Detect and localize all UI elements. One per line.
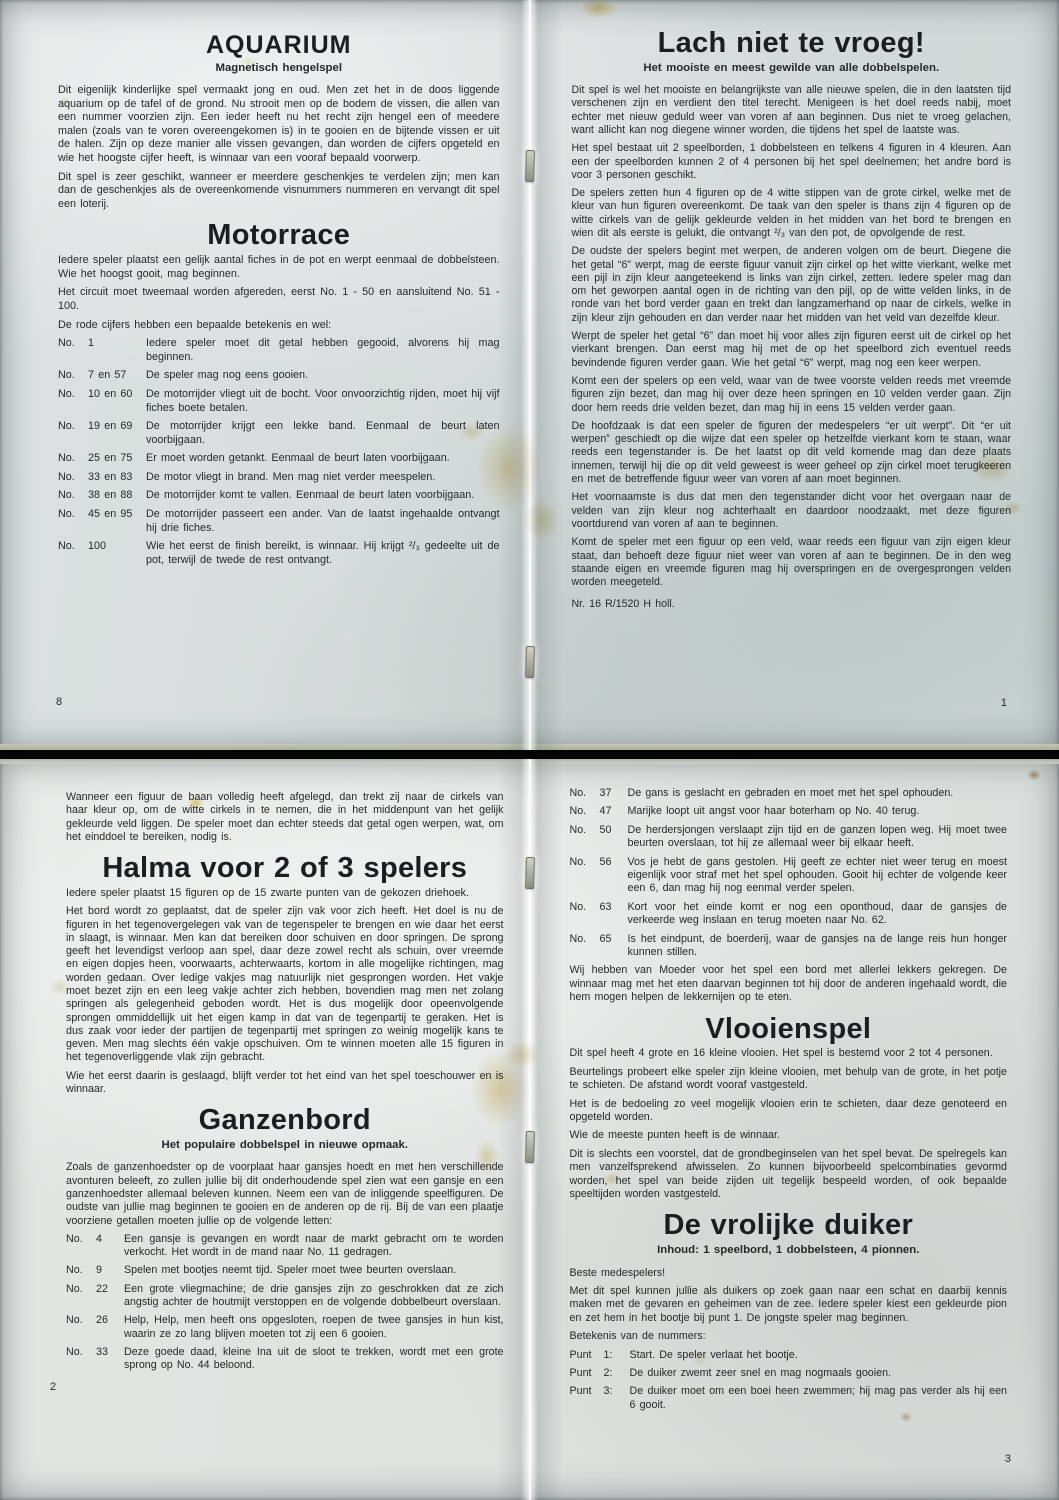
list-item-prefix: No. [570,856,600,896]
list-item: No.25 en 75Er moet worden getankt. Eenma… [58,452,500,466]
list-item-text: Vos je hebt de gans gestolen. Hij geeft … [628,856,1008,896]
list-item-prefix: Punt [570,1385,604,1412]
scanned-booklet: AQUARIUMMagnetisch hengelspelDit eigenli… [0,0,1059,1500]
list-item: No.56Vos je hebt de gans gestolen. Hij g… [570,856,1008,896]
paragraph: Wij hebben van Moeder voor het spel een … [570,964,1008,1004]
list-item: No.100Wie het eerst de finish bereikt, i… [58,540,500,567]
list-item-text: De motorrijder krijgt een lekke band. Ee… [146,420,500,447]
list-item-number: 4 [96,1233,124,1260]
list-item-number: 26 [96,1314,124,1341]
paragraph: De spelers zetten hun 4 figuren op de 4 … [572,187,1012,240]
section: De vrolijke duikerInhoud: 1 speelbord, 1… [570,1210,1008,1412]
list-item-number: 22 [96,1283,124,1310]
list-item-prefix: No. [570,901,600,928]
list-item-text: De duiker moet om een boei heen zwemmen;… [630,1385,1008,1412]
section: VlooienspelDit spel heeft 4 grote en 16 … [570,1014,1008,1202]
list-item-prefix: No. [570,805,600,818]
section-title: AQUARIUM [58,32,500,59]
list-item-text: Een grote vliegmachine; de drie gansjes … [124,1283,504,1310]
photo-top-spread: AQUARIUMMagnetisch hengelspelDit eigenli… [0,0,1059,750]
list-item-prefix: No. [58,337,88,364]
list-item-text: Marijke loopt uit angst voor haar boterh… [628,805,1008,818]
section-title: Lach niet te vroeg! [572,28,1012,59]
paragraph: Iedere speler plaatst 15 figuren op de 1… [66,887,504,900]
paragraph: Het is de bedoeling zo veel mogelijk vlo… [570,1098,1008,1125]
staple [525,150,535,182]
list-item: Punt2:De duiker zwemt zeer snel en mag n… [570,1367,1008,1380]
paragraph: Zoals de ganzenhoedster op de voorplaat … [66,1161,504,1227]
paragraph: Met dit spel kunnen jullie als duikers o… [570,1285,1008,1325]
list-item-prefix: No. [66,1314,96,1341]
list-item-text: Wie het eerst de finish bereikt, is winn… [146,540,500,567]
list-item-number: 33 en 83 [88,471,146,485]
section-title: Vlooienspel [570,1014,1008,1045]
list-item: No.10 en 60De motorrijder vliegt uit de … [58,388,500,415]
list-item-text: De gans is geslacht en gebraden en moet … [628,787,1008,800]
list-item-number: 33 [96,1346,124,1373]
list-item: No.7 en 57De speler mag nog eens gooien. [58,369,500,383]
list-item-text: Iedere speler moet dit getal hebben gego… [146,337,500,364]
paragraph: De oudste der spelers begint met werpen,… [572,245,1012,325]
section-title: Ganzenbord [66,1105,504,1136]
reference-number: Nr. 16 R/1520 H holl. [572,598,1012,611]
paragraph: Het circuit moet tweemaal worden afgered… [58,286,500,313]
staple [525,646,535,678]
list-item-prefix: No. [58,452,88,466]
paragraph: Wie het eerst daarin is geslaagd, blijft… [66,1070,504,1097]
paragraph: Het bord wordt zo geplaatst, dat de spel… [66,905,504,1065]
list-item-text: De motorrijder komt te vallen. Eenmaal d… [146,489,500,503]
list-item: No.1Iedere speler moet dit getal hebben … [58,337,500,364]
paragraph: Beste medespelers! [570,1267,1008,1280]
section-subtitle: Het populaire dobbelspel in nieuwe opmaa… [66,1139,504,1152]
section: MotorraceIedere speler plaatst een gelij… [58,220,500,567]
photo-bottom-spread: Wanneer een figuur de baan volledig heef… [0,759,1059,1500]
page-number: 2 [50,1381,56,1394]
list-item-text: Kort voor het einde komt er nog een opon… [628,901,1008,928]
list-item: No.47Marijke loopt uit angst voor haar b… [570,805,1008,818]
list-item: No.65Is het eindpunt, de boerderij, waar… [570,933,1008,960]
list-item: No.38 en 88De motorrijder komt te vallen… [58,489,500,503]
list-item-number: 56 [600,856,628,896]
staple [525,857,535,889]
list-item: No.63Kort voor het einde komt er nog een… [570,901,1008,928]
section: AQUARIUMMagnetisch hengelspelDit eigenli… [58,32,500,211]
section: No.37De gans is geslacht en gebraden en … [570,787,1008,1005]
list-item-prefix: No. [58,489,88,503]
page-number: 1 [1001,697,1007,710]
list-item: No.22Een grote vliegmachine; de drie gan… [66,1283,504,1310]
section: GanzenbordHet populaire dobbelspel in ni… [66,1105,504,1372]
section-subtitle: Het mooiste en meest gewilde van alle do… [572,62,1012,75]
list-item-prefix: No. [66,1283,96,1310]
section-title: De vrolijke duiker [570,1210,1008,1241]
list-item-number: 47 [600,805,628,818]
paragraph: De hoofdzaak is dat een speler de figure… [572,420,1012,486]
list-item-prefix: No. [66,1346,96,1373]
list-item-prefix: No. [570,787,600,800]
list-item-prefix: No. [66,1233,96,1260]
list-item-number: 100 [88,540,146,567]
paragraph: Betekenis van de nummers: [570,1330,1008,1343]
page-number: 8 [56,696,62,710]
photo-divider [0,750,1059,759]
list-item-number: 1 [88,337,146,364]
list-item-prefix: No. [58,540,88,567]
section-title: Halma voor 2 of 3 spelers [66,853,504,884]
list-item: No.37De gans is geslacht en gebraden en … [570,787,1008,800]
paragraph: Komt de speler met een figuur op een vel… [572,536,1012,589]
paragraph: Dit eigenlijk kinderlijke spel vermaakt … [58,84,500,166]
paragraph: Komt een der spelers op een veld, waar v… [572,375,1012,415]
page-8-aquarium-motorrace: AQUARIUMMagnetisch hengelspelDit eigenli… [0,0,530,750]
list-item-prefix: No. [570,933,600,960]
paragraph: Beurtelings probeert elke speler zijn kl… [570,1066,1008,1093]
page-1-lach-niet-te-vroeg: Lach niet te vroeg!Het mooiste en meest … [530,0,1059,750]
list-item: No.33Deze goede daad, kleine Ina uit de … [66,1346,504,1373]
section-title: Motorrace [58,220,500,251]
list-item-text: De herdersjongen verslaapt zijn tijd en … [628,824,1008,851]
list-item-text: De motorrijder passeert een ander. Van d… [146,508,500,535]
list-item: No.4Een gansje is gevangen en wordt naar… [66,1233,504,1260]
list-item-prefix: No. [58,508,88,535]
list-item-number: 25 en 75 [88,452,146,466]
section: Wanneer een figuur de baan volledig heef… [66,791,504,844]
list-item-text: Start. De speler verlaat het bootje. [630,1349,1008,1362]
section-subtitle: Magnetisch hengelspel [58,62,500,76]
list-item-prefix: No. [570,824,600,851]
paragraph: Het spel bestaat uit 2 speelborden, 1 do… [572,142,1012,182]
paragraph: Wie de meeste punten heeft is de winnaar… [570,1129,1008,1142]
list-item-number: 3: [604,1385,630,1412]
list-item-number: 9 [96,1264,124,1277]
paragraph: Dit spel is wel het mooiste en belangrij… [572,84,1012,137]
paragraph: Het voornaamste is dus dat men den tegen… [572,491,1012,531]
list-item-prefix: No. [66,1264,96,1277]
list-item-text: Er moet worden getankt. Eenmaal de beurt… [146,452,500,466]
list-item: No.45 en 95De motorrijder passeert een a… [58,508,500,535]
list-item: No.33 en 83De motor vliegt in brand. Men… [58,471,500,485]
list-item-prefix: No. [58,369,88,383]
list-item-text: Een gansje is gevangen en wordt naar de … [124,1233,504,1260]
list-item-number: 10 en 60 [88,388,146,415]
paragraph: Dit spel is zeer geschikt, wanneer er me… [58,171,500,212]
page-number: 3 [1005,1453,1011,1466]
paragraph: Iedere speler plaatst een gelijk aantal … [58,254,500,281]
list-item-number: 19 en 69 [88,420,146,447]
list-item: No.9Spelen met bootjes neemt tijd. Spele… [66,1264,504,1277]
page-2-halma-ganzenbord: Wanneer een figuur de baan volledig heef… [0,759,530,1500]
list-item-text: De duiker zwemt zeer snel en mag nogmaal… [630,1367,1008,1380]
list-item-number: 7 en 57 [88,369,146,383]
list-item-prefix: No. [58,471,88,485]
page-3-vlooienspel-duiker: No.37De gans is geslacht en gebraden en … [530,759,1059,1500]
list-item-number: 1: [604,1349,630,1362]
paragraph: Dit is slechts een voorstel, dat de gron… [570,1148,1008,1202]
section-subtitle: Inhoud: 1 speelbord, 1 dobbelsteen, 4 pi… [570,1244,1008,1257]
staple [525,1131,535,1163]
list-item-prefix: No. [58,420,88,447]
list-item-number: 38 en 88 [88,489,146,503]
list-item-prefix: No. [58,388,88,415]
paragraph: Wanneer een figuur de baan volledig heef… [66,791,504,844]
list-item-number: 50 [600,824,628,851]
list-item-prefix: Punt [570,1349,604,1362]
list-item: Punt1:Start. De speler verlaat het bootj… [570,1349,1008,1362]
section: Lach niet te vroeg!Het mooiste en meest … [572,28,1012,612]
list-item-number: 63 [600,901,628,928]
list-item-prefix: Punt [570,1367,604,1380]
list-item-text: De speler mag nog eens gooien. [146,369,500,383]
page-spread: AQUARIUMMagnetisch hengelspelDit eigenli… [0,0,1059,750]
paragraph: De rode cijfers hebben een bepaalde bete… [58,319,500,333]
list-item: No.50De herdersjongen verslaapt zijn tij… [570,824,1008,851]
list-item-text: Spelen met bootjes neemt tijd. Speler mo… [124,1264,504,1277]
list-item: No.19 en 69De motorrijder krijgt een lek… [58,420,500,447]
list-item-number: 37 [600,787,628,800]
list-item-text: De motor vliegt in brand. Men mag niet v… [146,471,500,485]
list-item-number: 65 [600,933,628,960]
paragraph: Dit spel heeft 4 grote en 16 kleine vloo… [570,1047,1008,1060]
list-item-text: De motorrijder vliegt uit de bocht. Voor… [146,388,500,415]
paragraph: Werpt de speler het getal “6” dan moet h… [572,330,1012,370]
list-item: Punt3:De duiker moet om een boei heen zw… [570,1385,1008,1412]
list-item-text: Is het eindpunt, de boerderij, waar de g… [628,933,1008,960]
list-item-number: 45 en 95 [88,508,146,535]
list-item: No.26Help, Help, men heeft ons opgeslote… [66,1314,504,1341]
list-item-text: Help, Help, men heeft ons opgesloten, ro… [124,1314,504,1341]
list-item-number: 2: [604,1367,630,1380]
list-item-text: Deze goede daad, kleine Ina uit de sloot… [124,1346,504,1373]
section: Halma voor 2 of 3 spelersIedere speler p… [66,853,504,1096]
